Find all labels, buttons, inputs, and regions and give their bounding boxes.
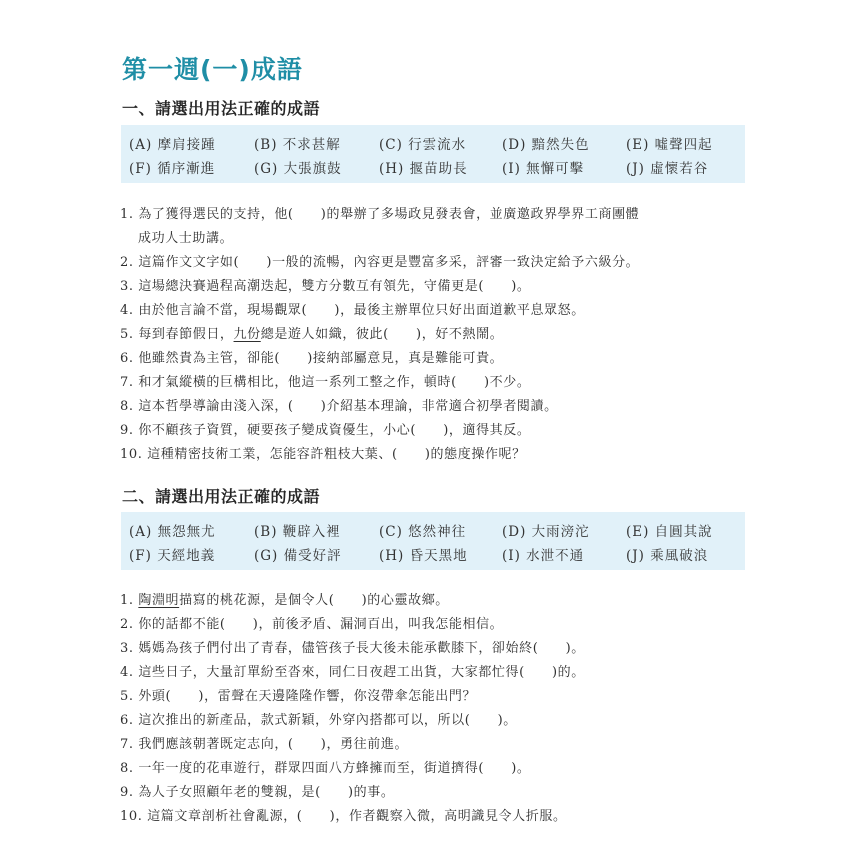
question-1-4: 4. 由於他言論不當，現場觀眾( )，最後主辦單位只好出面道歉平息眾怒。 (120, 299, 585, 318)
question-2-10: 10. 這篇文章剖析社會亂源，( )，作者觀察入微，高明識見令人折服。 (120, 805, 567, 824)
option-a: (A) 摩肩接踵 (129, 133, 216, 153)
question-2-5: 5. 外頭( )，雷聲在天邊隆隆作響，你沒帶傘怎能出門？ (120, 685, 476, 704)
option-i: (I) 水泄不通 (502, 544, 584, 564)
option-b: (B) 不求甚解 (254, 133, 341, 153)
question-1-7: 7. 和才氣縱橫的巨構相比，他這一系列工整之作，頓時( )不少。 (120, 371, 530, 390)
section-2-options-box: (A) 無怨無尤 (B) 鞭辟入裡 (C) 悠然神往 (D) 大雨滂沱 (E) … (121, 512, 745, 570)
option-c: (C) 悠然神往 (379, 520, 466, 540)
question-1-10: 10. 這種精密技術工業，怎能容許粗枝大葉、( )的態度操作呢？ (120, 443, 526, 462)
question-text: 總是遊人如織，彼此( )，好不熱鬧。 (261, 327, 504, 342)
question-2-7: 7. 我們應該朝著既定志向，( )，勇往前進。 (120, 733, 408, 752)
option-g: (G) 備受好評 (254, 544, 342, 564)
question-2-3: 3. 媽媽為孩子們付出了青春，儘管孩子長大後未能承歡膝下，卻始終( )。 (120, 637, 585, 656)
option-h: (H) 昏天黑地 (379, 544, 468, 564)
option-j: (J) 乘風破浪 (626, 544, 708, 564)
question-1-2: 2. 這篇作文文字如( )一般的流暢，內容更是豐富多采，評審一致決定給予六級分。 (120, 251, 639, 270)
question-2-2: 2. 你的話都不能( )，前後矛盾、漏洞百出，叫我怎能相信。 (120, 613, 503, 632)
section-1-options-box: (A) 摩肩接踵 (B) 不求甚解 (C) 行雲流水 (D) 黯然失色 (E) … (121, 125, 745, 183)
question-1-8: 8. 這本哲學導論由淺入深，( )介紹基本理論，非常適合初學者閱讀。 (120, 395, 558, 414)
question-2-6: 6. 這次推出的新產品，款式新穎，外穿內搭都可以，所以( )。 (120, 709, 517, 728)
option-f: (F) 循序漸進 (129, 157, 215, 177)
question-text: 1. (120, 593, 138, 608)
option-i: (I) 無懈可擊 (502, 157, 584, 177)
question-1-9: 9. 你不顧孩子資質，硬要孩子變成資優生，小心( )，適得其反。 (120, 419, 530, 438)
question-1-5: 5. 每到春節假日，九份總是遊人如織，彼此( )，好不熱鬧。 (120, 323, 503, 342)
question-1-6: 6. 他雖然貴為主管，卻能( )接納部屬意見，真是難能可貴。 (120, 347, 503, 366)
option-a: (A) 無怨無尤 (129, 520, 216, 540)
option-c: (C) 行雲流水 (379, 133, 466, 153)
question-1-3: 3. 這場總決賽過程高潮迭起，雙方分數互有領先，守備更是( )。 (120, 275, 530, 294)
underlined-place-name: 九份 (234, 327, 261, 342)
question-2-4: 4. 這些日子，大量訂單紛至沓來，同仁日夜趕工出貨，大家都忙得( )的。 (120, 661, 585, 680)
options-row: (F) 天經地義 (G) 備受好評 (H) 昏天黑地 (I) 水泄不通 (J) … (129, 544, 749, 568)
page-title: 第一週(一)成語 (122, 50, 303, 86)
question-2-8: 8. 一年一度的花車遊行，群眾四面八方蜂擁而至，街道擠得( )。 (120, 757, 530, 776)
option-f: (F) 天經地義 (129, 544, 215, 564)
option-d: (D) 黯然失色 (502, 133, 590, 153)
question-text: 5. 每到春節假日， (120, 327, 234, 342)
section-2-heading: 二、請選出用法正確的成語 (122, 484, 320, 507)
option-j: (J) 虛懷若谷 (626, 157, 708, 177)
question-text: 描寫的桃花源，是個令人( )的心靈故鄉。 (179, 593, 449, 608)
options-row: (A) 摩肩接踵 (B) 不求甚解 (C) 行雲流水 (D) 黯然失色 (E) … (129, 133, 749, 157)
options-row: (F) 循序漸進 (G) 大張旗鼓 (H) 揠苗助長 (I) 無懈可擊 (J) … (129, 157, 749, 181)
question-2-1: 1. 陶淵明描寫的桃花源，是個令人( )的心靈故鄉。 (120, 589, 449, 608)
question-2-9: 9. 為人子女照顧年老的雙親，是( )的事。 (120, 781, 394, 800)
option-d: (D) 大雨滂沱 (502, 520, 590, 540)
option-g: (G) 大張旗鼓 (254, 157, 342, 177)
options-row: (A) 無怨無尤 (B) 鞭辟入裡 (C) 悠然神往 (D) 大雨滂沱 (E) … (129, 520, 749, 544)
section-1-heading: 一、請選出用法正確的成語 (122, 96, 320, 119)
question-1-1: 1. 為了獲得選民的支持，他( )的舉辦了多場政見發表會，並廣邀政界學界工商團體 (120, 203, 639, 222)
option-e: (E) 噓聲四起 (626, 133, 713, 153)
option-h: (H) 揠苗助長 (379, 157, 468, 177)
option-b: (B) 鞭辟入裡 (254, 520, 341, 540)
underlined-person-name: 陶淵明 (138, 593, 179, 608)
question-1-1-continued: 成功人士助講。 (138, 227, 233, 246)
option-e: (E) 自圓其說 (626, 520, 713, 540)
